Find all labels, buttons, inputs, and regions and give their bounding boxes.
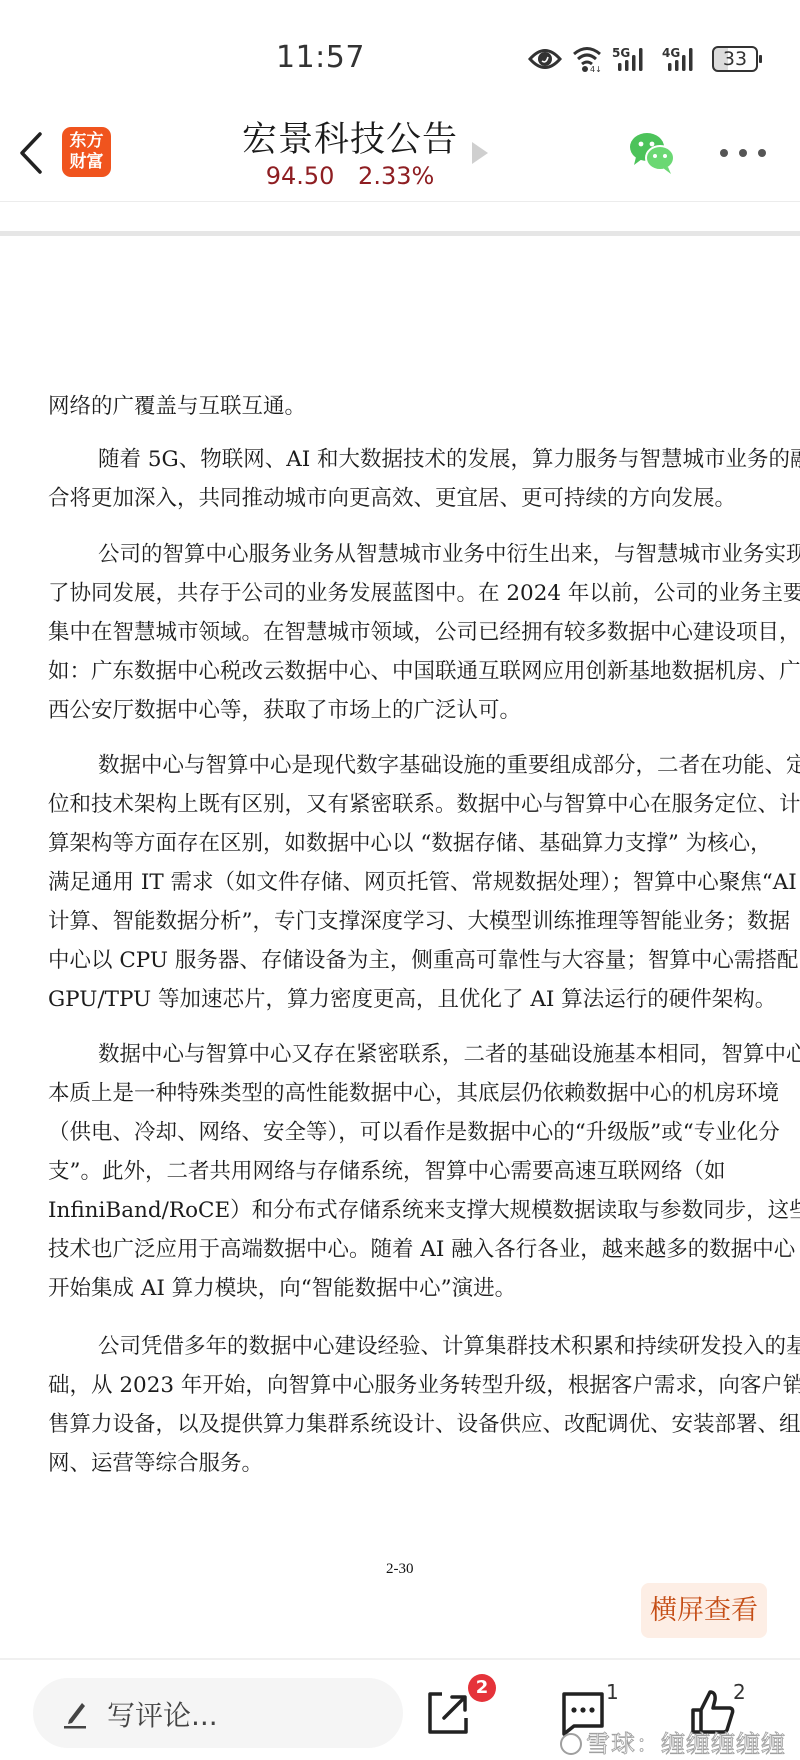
landscape-view-button[interactable]: 横屏查看 (641, 1583, 767, 1638)
comment-placeholder: 写评论... (107, 1694, 218, 1734)
share-icon (426, 1690, 472, 1736)
wifi-icon: 4↓ (572, 45, 602, 73)
logo-text-line2: 财富 (62, 152, 111, 173)
doc-line: 支”。此外，二者共用网络与存储系统，智算中心需要高速互联网络（如 (48, 1157, 726, 1187)
doc-line: 开始集成 AI 算力模块，向“智能数据中心”演进。 (48, 1274, 516, 1304)
xueqiu-watermark: 雪球：缠缠缠缠缠 (560, 1724, 786, 1759)
pencil-icon (63, 1698, 91, 1730)
svg-text:4G: 4G (662, 46, 680, 60)
signal-4g-icon: 4G (662, 45, 702, 73)
svg-text:4↓: 4↓ (590, 65, 602, 73)
doc-line: 售算力设备，以及提供算力集群系统设计、设备供应、改配调优、安装部署、组 (48, 1410, 800, 1440)
status-time: 11:57 (276, 40, 365, 75)
svg-text:5G: 5G (612, 46, 630, 60)
doc-line: 西公安厅数据中心等，获取了市场上的广泛认可。 (48, 696, 521, 726)
expand-arrow-icon[interactable] (472, 142, 488, 164)
doc-line: 础，从 2023 年开始，向智算中心服务业务转型升级，根据客户需求，向客户销 (48, 1371, 800, 1401)
doc-line: 合将更加深入，共同推动城市向更高效、更宜居、更可持续的方向发展。 (48, 484, 736, 514)
doc-line: 集中在智慧城市领域。在智慧城市领域，公司已经拥有较多数据中心建设项目， (48, 618, 800, 648)
more-dot-icon (758, 149, 766, 157)
app-header: 东方 财富 宏景科技公告 94.50 2.33% (0, 100, 800, 202)
doc-line: 计算、智能数据分析”，专门支撑深度学习、大模型训练推理等智能业务；数据 (48, 907, 790, 937)
more-options-button[interactable] (720, 146, 766, 160)
doc-line: 本质上是一种特殊类型的高性能数据中心，其底层仍依赖数据中心的机房环境 (48, 1079, 779, 1109)
back-button[interactable] (14, 130, 50, 176)
page-number: 2-30 (386, 1561, 414, 1578)
doc-line: 公司的智算中心服务业务从智慧城市业务中衍生出来，与智慧城市业务实现 (98, 540, 800, 570)
signal-5g-icon: 5G (612, 45, 652, 73)
doc-line: 网、运营等综合服务。 (48, 1449, 263, 1479)
doc-line: 随着 5G、物联网、AI 和大数据技术的发展，算力服务与智慧城市业务的融 (98, 445, 800, 475)
comments-count: 1 (606, 1680, 619, 1704)
watermark-text: 雪球：缠缠缠缠缠 (586, 1730, 786, 1758)
doc-line: InfiniBand/RoCE）和分布式存储系统来支撑大规模数据读取与参数同步，… (48, 1196, 800, 1226)
xueqiu-logo-icon (560, 1733, 582, 1755)
doc-line: 了协同发展，共存于公司的业务发展蓝图中。在 2024 年以前，公司的业务主要 (48, 579, 800, 609)
chevron-left-icon (14, 130, 50, 176)
doc-line: 数据中心与智算中心是现代数字基础设施的重要组成部分，二者在功能、定 (98, 751, 800, 781)
doc-line: 公司凭借多年的数据中心建设经验、计算集群技术积累和持续研发投入的基 (98, 1332, 800, 1362)
eastmoney-logo[interactable]: 东方 财富 (62, 127, 111, 177)
likes-count: 2 (733, 1680, 746, 1704)
doc-line: 数据中心与智算中心又存在紧密联系，二者的基础设施基本相同，智算中心 (98, 1040, 800, 1070)
stock-price: 94.50 (266, 162, 335, 190)
bottom-action-bar: 写评论... 2 1 2 雪球：缠缠缠缠缠 (0, 1658, 800, 1760)
page-title: 宏景科技公告 (200, 112, 500, 162)
wechat-share-button[interactable] (628, 130, 676, 176)
doc-line: 网络的广覆盖与互联互通。 (48, 392, 306, 422)
doc-line: 算架构等方面存在区别，如数据中心以 “数据存储、基础算力支撑” 为核心， (48, 829, 772, 859)
share-button[interactable] (426, 1690, 472, 1736)
header-divider (0, 231, 800, 236)
stock-change: 2.33% (358, 162, 434, 190)
status-icons: 4↓ 5G 4G 33 (528, 44, 762, 74)
doc-line: 如：广东数据中心税改云数据中心、中国联通互联网应用创新基地数据机房、广 (48, 657, 800, 687)
doc-line: 满足通用 IT 需求（如文件存储、网页托管、常规数据处理）；智算中心聚焦“AI (48, 868, 797, 898)
doc-line: 技术也广泛应用于高端数据中心。随着 AI 融入各行各业，越来越多的数据中心 (48, 1235, 795, 1265)
stock-quote[interactable]: 94.50 2.33% (200, 162, 500, 190)
share-badge: 2 (468, 1674, 496, 1702)
doc-line: （供电、冷却、网络、安全等），可以看作是数据中心的“升级版”或“专业化分 (48, 1118, 780, 1148)
doc-line: 中心以 CPU 服务器、存储设备为主，侧重高可靠性与大容量；智算中心需搭配 (48, 946, 798, 976)
more-dot-icon (720, 149, 728, 157)
logo-text-line1: 东方 (62, 131, 111, 152)
eye-comfort-icon (528, 46, 562, 72)
doc-line: GPU/TPU 等加速芯片，算力密度更高，且优化了 AI 算法运行的硬件架构。 (48, 985, 776, 1015)
doc-line: 位和技术架构上既有区别，又有紧密联系。数据中心与智算中心在服务定位、计 (48, 790, 800, 820)
status-bar: 11:57 4↓ 5G 4G 33 (0, 0, 800, 100)
battery-icon: 33 (712, 46, 762, 72)
write-comment-input[interactable]: 写评论... (33, 1678, 403, 1748)
more-dot-icon (739, 149, 747, 157)
battery-level: 33 (712, 46, 758, 72)
wechat-icon (628, 130, 676, 176)
